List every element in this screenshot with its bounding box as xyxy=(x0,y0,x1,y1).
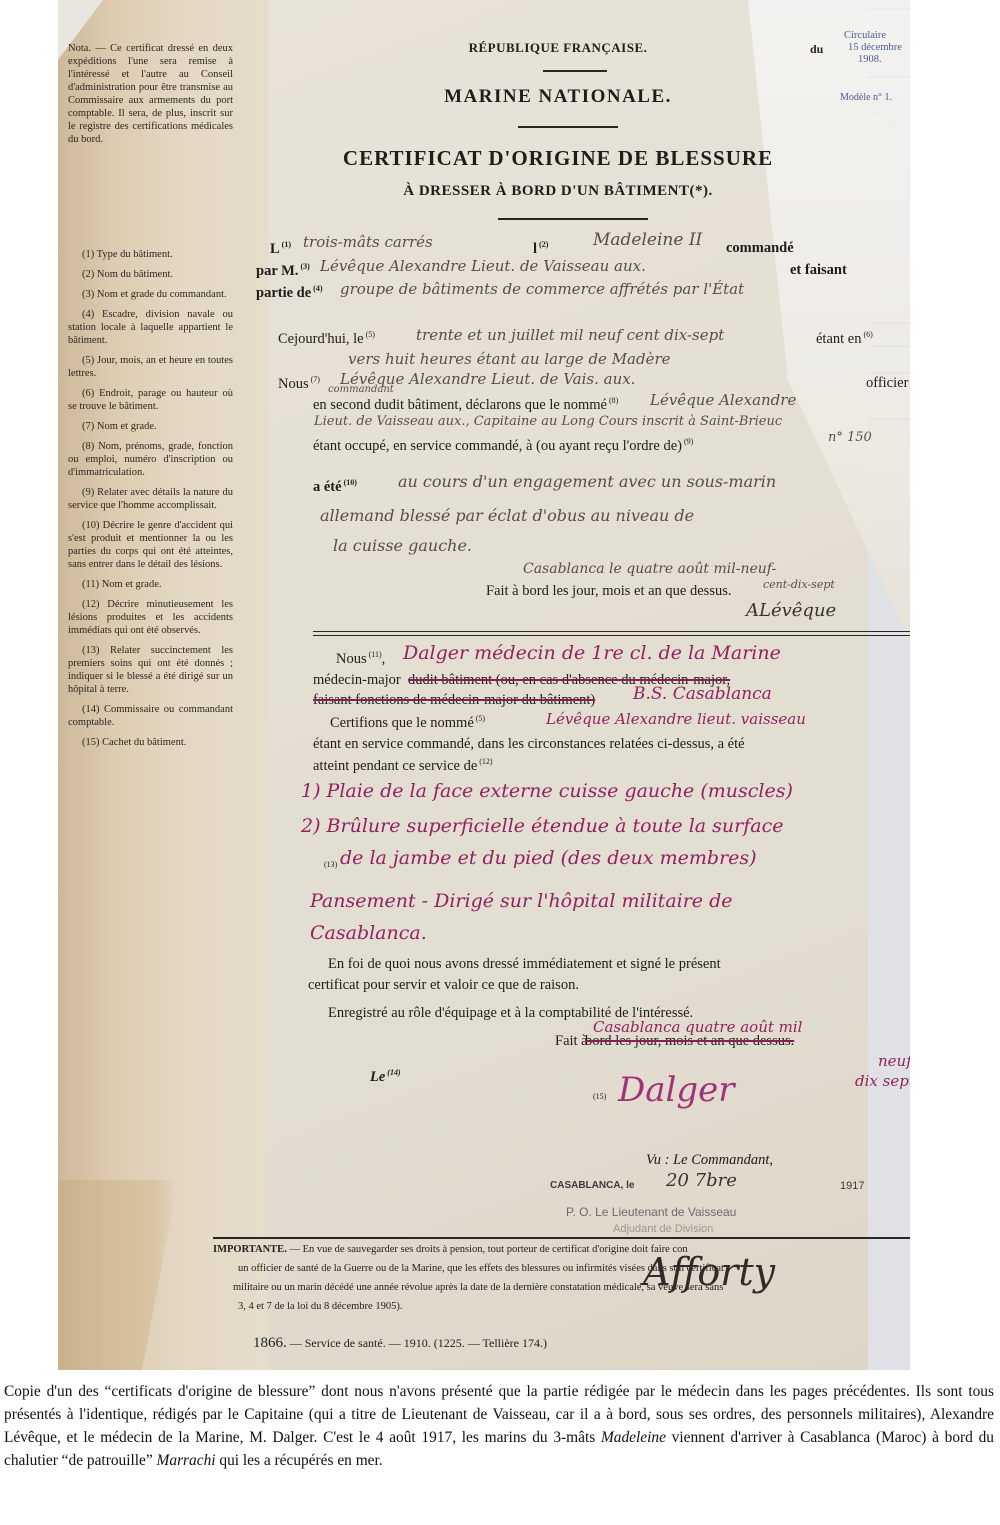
footnote: (14) Commissaire ou commandant comptable… xyxy=(68,703,233,729)
commander-value: Lévêque Alexandre Lieut. de Vaisseau aux… xyxy=(320,257,646,275)
service-line-1: étant en service commandé, dans les circ… xyxy=(313,736,745,753)
a-ete-value-2: allemand blessé par éclat d'obus au nive… xyxy=(320,506,694,525)
section-divider xyxy=(313,631,910,636)
en-foi-line-1: En foi de quoi nous avons dressé immédia… xyxy=(328,956,721,973)
et-faisant-label: et faisant xyxy=(790,262,847,279)
footnote: (7) Nom et grade. xyxy=(68,420,233,433)
fait-a-label: Fait à xyxy=(555,1033,588,1050)
ship-name-value: Madeleine II xyxy=(593,230,702,250)
document-title: CERTIFICAT D'ORIGINE DE BLESSURE xyxy=(248,146,868,171)
footnote: (2) Nom du bâtiment. xyxy=(68,268,233,281)
document-subtitle: À DRESSER À BORD D'UN BÂTIMENT(*). xyxy=(248,183,868,200)
footnote: (15) Cachet du bâtiment. xyxy=(68,736,233,749)
footnote: (12) Décrire minutieusement les lésions … xyxy=(68,598,233,637)
fait-a-bord-line: Fait à bord les jour, mois et an que des… xyxy=(486,583,731,600)
header-marine: MARINE NATIONALE. xyxy=(248,86,868,108)
importante-line: un officier de santé de la Guerre ou de … xyxy=(213,1259,910,1278)
modele-number: Modèle n° 1. xyxy=(840,92,892,103)
circulaire-stamp: Circulaire 15 décembre 1908. xyxy=(844,30,902,66)
officier-label: officier xyxy=(866,375,908,392)
footnote: (5) Jour, mois, an et heure en toutes le… xyxy=(68,354,233,380)
nomme-value-2: Lieut. de Vaisseau aux., Capitaine au Lo… xyxy=(314,414,782,429)
occupe-line: étant occupé, en service commandé, à (ou… xyxy=(313,437,693,455)
medecin-major-label: médecin-major xyxy=(313,672,401,689)
footnote: (4) Escadre, division navale ou station … xyxy=(68,308,233,347)
importante-notice: IMPORTANTE. — En vue de sauvegarder ses … xyxy=(213,1240,910,1316)
importante-line: IMPORTANTE. — En vue de sauvegarder ses … xyxy=(213,1240,910,1259)
place-date-1: Casablanca le quatre août mil-neuf- xyxy=(523,561,776,577)
doctor-value: Dalger médecin de 1re cl. de la Marine xyxy=(403,642,781,664)
printer-line: 1866. — Service de santé. — 1910. (1225.… xyxy=(253,1335,547,1352)
commande-label: commandé xyxy=(726,240,794,257)
struck-text-2: faisant fonctions de médecin-major du bâ… xyxy=(313,692,595,709)
fait-struck: bord les jour, mois et an que dessus. xyxy=(585,1033,794,1050)
par-m-label: par M.(3) xyxy=(256,262,310,280)
footnote: (3) Nom et grade du commandant. xyxy=(68,288,233,301)
lesion-3: de la jambe et du pied (des deux membres… xyxy=(340,847,757,869)
stamp-date-value: 20 7bre xyxy=(666,1170,737,1191)
footnote: (13) Relater succinctement les premiers … xyxy=(68,644,233,696)
lesion-1: 1) Plaie de la face externe cuisse gauch… xyxy=(301,780,793,802)
a-ete-label: a été(10) xyxy=(313,478,357,496)
etant-en-label: étant en(6) xyxy=(816,330,873,348)
soins-1: Pansement - Dirigé sur l'hôpital militai… xyxy=(310,890,733,912)
circulaire-line: 15 décembre xyxy=(844,42,902,54)
header-republic: RÉPUBLIQUE FRANÇAISE. xyxy=(248,40,868,56)
footnote-13-marker: (13) xyxy=(324,860,337,869)
footnote: (10) Décrire le genre d'accident qui s'e… xyxy=(68,519,233,571)
partie-label: partie de(4) xyxy=(256,284,323,302)
a-ete-value-1: au cours d'un engagement avec un sous-ma… xyxy=(398,472,776,491)
date-value-2: vers huit heures étant au large de Madèr… xyxy=(348,350,671,368)
ornament-rule xyxy=(543,70,607,72)
importante-line: 3, 4 et 7 de la loi du 8 décembre 1905). xyxy=(213,1297,910,1316)
stamp-adjudant: Adjudant de Division xyxy=(613,1223,713,1235)
circulaire-du: du xyxy=(810,42,823,57)
footnote: (1) Type du bâtiment. xyxy=(68,248,233,261)
partie-value: groupe de bâtiments de commerce affrétés… xyxy=(340,280,744,298)
second-line: en second dudit bâtiment, déclarons que … xyxy=(313,396,618,414)
nous-label: Nous(7) xyxy=(278,375,320,393)
cejourdhui-label: Cejourd'hui, le(5) xyxy=(278,330,375,348)
importante-line: militaire ou un marin décédé une année r… xyxy=(213,1278,910,1297)
footnotes-list: (1) Type du bâtiment. (2) Nom du bâtimen… xyxy=(68,248,233,756)
certifions-value: Lévêque Alexandre lieut. vaisseau xyxy=(546,710,806,728)
doctor-signature: Dalger xyxy=(618,1070,735,1110)
fait-value-3: dix sept xyxy=(855,1072,910,1090)
stamp-po: P. O. Le Lieutenant de Vaisseau xyxy=(566,1205,736,1219)
doctor-nous-label: Nous(11), xyxy=(336,650,385,668)
commander-signature: Afforty xyxy=(643,1250,775,1294)
lesion-2: 2) Brûlure superficielle étendue à toute… xyxy=(301,815,783,837)
certifions-label: Certifions que le nommé(5) xyxy=(330,714,485,732)
circulaire-line: 1908. xyxy=(844,54,902,66)
stamp-year: 1917 xyxy=(840,1180,864,1192)
l-label: L(1) xyxy=(270,240,291,258)
bs-value: B.S. Casablanca xyxy=(633,684,772,704)
a-ete-value-3: la cuisse gauche. xyxy=(333,536,472,555)
service-line-2: atteint pendant ce service de(12) xyxy=(313,757,493,775)
ship-type-value: trois-mâts carrés xyxy=(303,233,433,251)
document-photo: nt d des ré 397. Nota. — Ce certificat d… xyxy=(58,0,910,1370)
ornament-rule xyxy=(498,218,648,220)
footnote: (11) Nom et grade. xyxy=(68,578,233,591)
nomme-value-3: n° 150 xyxy=(828,430,872,445)
importante-rule xyxy=(213,1237,910,1239)
footnote: (9) Relater avec détails la nature du se… xyxy=(68,486,233,512)
footnote-15-marker: (15) xyxy=(593,1092,606,1101)
footnote: (8) Nom, prénoms, grade, fonction ou emp… xyxy=(68,440,233,479)
en-foi-line-2: certificat pour servir et valoir ce que … xyxy=(308,977,579,994)
date-value-1: trente et un juillet mil neuf cent dix-s… xyxy=(416,326,724,344)
stamp-place: CASABLANCA, le xyxy=(550,1180,634,1191)
captain-signature: ALévêque xyxy=(746,600,836,621)
fait-value-2: neuf cent xyxy=(878,1052,910,1070)
commandant-insert: commandant xyxy=(328,384,394,395)
name-label: l(2) xyxy=(533,240,548,258)
figure-caption: Copie d'un des “certificats d'origine de… xyxy=(4,1380,994,1472)
ornament-rule xyxy=(518,126,618,128)
nomme-value-1: Lévêque Alexandre xyxy=(650,391,796,409)
nota-note: Nota. — Ce certificat dressé en deux exp… xyxy=(68,42,233,146)
le-label: Le(14) xyxy=(370,1068,401,1086)
footnote: (6) Endroit, parage ou hauteur où se tro… xyxy=(68,387,233,413)
vu-commandant: Vu : Le Commandant, xyxy=(646,1152,773,1169)
soins-2: Casablanca. xyxy=(310,922,427,944)
place-date-2: cent-dix-sept xyxy=(763,578,835,591)
circulaire-line: Circulaire xyxy=(844,30,902,42)
